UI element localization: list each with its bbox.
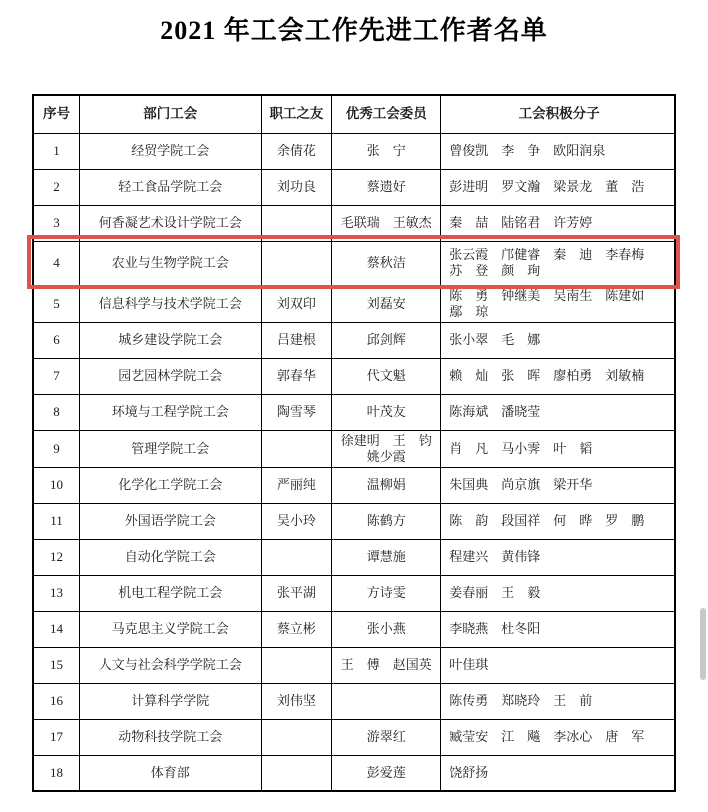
cell-member: 刘磊安 bbox=[332, 285, 441, 322]
header-cell-activists: 工会积极分子 bbox=[441, 95, 675, 133]
table-header-row: 序号 部门工会 职工之友 优秀工会委员 工会积极分子 bbox=[33, 95, 675, 133]
cell-member: 谭慧施 bbox=[332, 539, 441, 575]
cell-no: 10 bbox=[33, 467, 79, 503]
cell-friend bbox=[261, 430, 332, 467]
cell-activists: 张云霞 邝健睿 秦 迪 李春梅 苏 登 颜 珣 bbox=[441, 241, 675, 285]
cell-no: 4 bbox=[33, 241, 79, 285]
cell-union: 体育部 bbox=[79, 755, 261, 791]
cell-member: 代文魁 bbox=[332, 358, 441, 394]
table-row: 14马克思主义学院工会蔡立彬张小燕李晓燕 杜冬阳 bbox=[33, 611, 675, 647]
cell-union: 管理学院工会 bbox=[79, 430, 261, 467]
cell-member: 蔡遗好 bbox=[332, 169, 441, 205]
cell-friend: 郭春华 bbox=[261, 358, 332, 394]
cell-friend: 刘双印 bbox=[261, 285, 332, 322]
cell-no: 9 bbox=[33, 430, 79, 467]
cell-friend: 余倩花 bbox=[261, 133, 332, 169]
cell-no: 2 bbox=[33, 169, 79, 205]
cell-friend bbox=[261, 755, 332, 791]
cell-friend: 吕建根 bbox=[261, 322, 332, 358]
cell-no: 16 bbox=[33, 683, 79, 719]
cell-friend bbox=[261, 719, 332, 755]
table-row: 18体育部彭爱莲饶舒扬 bbox=[33, 755, 675, 791]
cell-friend: 蔡立彬 bbox=[261, 611, 332, 647]
cell-activists: 肖 凡 马小霁 叶 韬 bbox=[441, 430, 675, 467]
cell-member: 张 宁 bbox=[332, 133, 441, 169]
cell-friend: 严丽纯 bbox=[261, 467, 332, 503]
cell-activists: 朱国典 尚京旗 梁开华 bbox=[441, 467, 675, 503]
cell-activists: 李晓燕 杜冬阳 bbox=[441, 611, 675, 647]
cell-activists: 臧莹安 江 飚 李冰心 唐 军 bbox=[441, 719, 675, 755]
cell-activists: 彭进明 罗文瀚 梁景龙 董 浩 bbox=[441, 169, 675, 205]
cell-union: 化学化工学院工会 bbox=[79, 467, 261, 503]
header-cell-friend: 职工之友 bbox=[261, 95, 332, 133]
cell-member: 徐建明 王 钧 姚少霞 bbox=[332, 430, 441, 467]
cell-union: 园艺园林学院工会 bbox=[79, 358, 261, 394]
cell-union: 环境与工程学院工会 bbox=[79, 394, 261, 430]
cell-union: 经贸学院工会 bbox=[79, 133, 261, 169]
cell-no: 17 bbox=[33, 719, 79, 755]
cell-union: 何香凝艺术设计学院工会 bbox=[79, 205, 261, 241]
cell-member: 游翠红 bbox=[332, 719, 441, 755]
table-container: 序号 部门工会 职工之友 优秀工会委员 工会积极分子 1经贸学院工会余倩花张 宁… bbox=[32, 94, 676, 792]
table-body: 1经贸学院工会余倩花张 宁曾俊凯 李 争 欧阳润泉2轻工食品学院工会刘功良蔡遗好… bbox=[33, 133, 675, 791]
cell-friend: 陶雪琴 bbox=[261, 394, 332, 430]
cell-union: 农业与生物学院工会 bbox=[79, 241, 261, 285]
table-row: 1经贸学院工会余倩花张 宁曾俊凯 李 争 欧阳润泉 bbox=[33, 133, 675, 169]
cell-friend bbox=[261, 241, 332, 285]
cell-member: 陈鹤方 bbox=[332, 503, 441, 539]
header-cell-no: 序号 bbox=[33, 95, 79, 133]
cell-friend: 吴小玲 bbox=[261, 503, 332, 539]
cell-activists: 陈传勇 郑晓玲 王 前 bbox=[441, 683, 675, 719]
cell-member bbox=[332, 683, 441, 719]
cell-member: 温柳娟 bbox=[332, 467, 441, 503]
cell-member: 彭爱莲 bbox=[332, 755, 441, 791]
cell-friend bbox=[261, 647, 332, 683]
cell-no: 6 bbox=[33, 322, 79, 358]
cell-activists: 程建兴 黄伟锋 bbox=[441, 539, 675, 575]
cell-activists: 姜春丽 王 毅 bbox=[441, 575, 675, 611]
table-row: 5信息科学与技术学院工会刘双印刘磊安陈 勇 钟继美 吴南生 陈建如 鄢 琼 bbox=[33, 285, 675, 322]
cell-activists: 饶舒扬 bbox=[441, 755, 675, 791]
cell-member: 张小燕 bbox=[332, 611, 441, 647]
table-row: 16计算科学学院刘伟坚陈传勇 郑晓玲 王 前 bbox=[33, 683, 675, 719]
cell-friend bbox=[261, 539, 332, 575]
table-row: 7园艺园林学院工会郭春华代文魁赖 灿 张 晖 廖柏勇 刘敏楠 bbox=[33, 358, 675, 394]
awards-table: 序号 部门工会 职工之友 优秀工会委员 工会积极分子 1经贸学院工会余倩花张 宁… bbox=[32, 94, 676, 792]
header-cell-union: 部门工会 bbox=[79, 95, 261, 133]
cell-union: 自动化学院工会 bbox=[79, 539, 261, 575]
cell-union: 动物科技学院工会 bbox=[79, 719, 261, 755]
table-row: 12自动化学院工会谭慧施程建兴 黄伟锋 bbox=[33, 539, 675, 575]
table-row: 2轻工食品学院工会刘功良蔡遗好彭进明 罗文瀚 梁景龙 董 浩 bbox=[33, 169, 675, 205]
cell-no: 12 bbox=[33, 539, 79, 575]
table-row: 8环境与工程学院工会陶雪琴叶茂友陈海斌 潘晓莹 bbox=[33, 394, 675, 430]
cell-no: 5 bbox=[33, 285, 79, 322]
cell-no: 15 bbox=[33, 647, 79, 683]
cell-friend: 刘伟坚 bbox=[261, 683, 332, 719]
cell-union: 外国语学院工会 bbox=[79, 503, 261, 539]
cell-no: 3 bbox=[33, 205, 79, 241]
table-row: 3何香凝艺术设计学院工会毛联瑞 王敏杰秦 喆 陆铭君 许芳婷 bbox=[33, 205, 675, 241]
cell-no: 8 bbox=[33, 394, 79, 430]
cell-union: 机电工程学院工会 bbox=[79, 575, 261, 611]
cell-union: 城乡建设学院工会 bbox=[79, 322, 261, 358]
cell-union: 马克思主义学院工会 bbox=[79, 611, 261, 647]
cell-activists: 赖 灿 张 晖 廖柏勇 刘敏楠 bbox=[441, 358, 675, 394]
cell-friend: 张平湖 bbox=[261, 575, 332, 611]
table-row: 11外国语学院工会吴小玲陈鹤方陈 韵 段国祥 何 晔 罗 鹏 bbox=[33, 503, 675, 539]
header-cell-member: 优秀工会委员 bbox=[332, 95, 441, 133]
cell-member: 蔡秋洁 bbox=[332, 241, 441, 285]
cell-activists: 陈海斌 潘晓莹 bbox=[441, 394, 675, 430]
table-row: 10化学化工学院工会严丽纯温柳娟朱国典 尚京旗 梁开华 bbox=[33, 467, 675, 503]
cell-member: 毛联瑞 王敏杰 bbox=[332, 205, 441, 241]
cell-union: 轻工食品学院工会 bbox=[79, 169, 261, 205]
cell-no: 18 bbox=[33, 755, 79, 791]
cell-union: 计算科学学院 bbox=[79, 683, 261, 719]
cell-activists: 曾俊凯 李 争 欧阳润泉 bbox=[441, 133, 675, 169]
cell-activists: 陈 勇 钟继美 吴南生 陈建如 鄢 琼 bbox=[441, 285, 675, 322]
cell-member: 叶茂友 bbox=[332, 394, 441, 430]
table-row: 9管理学院工会徐建明 王 钧 姚少霞肖 凡 马小霁 叶 韬 bbox=[33, 430, 675, 467]
cell-union: 人文与社会科学学院工会 bbox=[79, 647, 261, 683]
cell-friend: 刘功良 bbox=[261, 169, 332, 205]
cell-no: 1 bbox=[33, 133, 79, 169]
table-row: 13机电工程学院工会张平湖方诗雯姜春丽 王 毅 bbox=[33, 575, 675, 611]
cell-member: 王 傅 赵国英 bbox=[332, 647, 441, 683]
cell-member: 邱剑辉 bbox=[332, 322, 441, 358]
cell-no: 7 bbox=[33, 358, 79, 394]
cell-no: 13 bbox=[33, 575, 79, 611]
cell-activists: 叶佳琪 bbox=[441, 647, 675, 683]
cell-union: 信息科学与技术学院工会 bbox=[79, 285, 261, 322]
table-row: 15人文与社会科学学院工会王 傅 赵国英叶佳琪 bbox=[33, 647, 675, 683]
page-title: 2021 年工会工作先进工作者名单 bbox=[0, 10, 708, 47]
cell-no: 11 bbox=[33, 503, 79, 539]
table-row: 4农业与生物学院工会蔡秋洁张云霞 邝健睿 秦 迪 李春梅 苏 登 颜 珣 bbox=[33, 241, 675, 285]
table-row: 17动物科技学院工会游翠红臧莹安 江 飚 李冰心 唐 军 bbox=[33, 719, 675, 755]
cell-activists: 秦 喆 陆铭君 许芳婷 bbox=[441, 205, 675, 241]
cell-friend bbox=[261, 205, 332, 241]
cell-member: 方诗雯 bbox=[332, 575, 441, 611]
scrollbar-thumb[interactable] bbox=[700, 608, 706, 680]
table-row: 6城乡建设学院工会吕建根邱剑辉张小翠 毛 娜 bbox=[33, 322, 675, 358]
cell-activists: 陈 韵 段国祥 何 晔 罗 鹏 bbox=[441, 503, 675, 539]
cell-no: 14 bbox=[33, 611, 79, 647]
cell-activists: 张小翠 毛 娜 bbox=[441, 322, 675, 358]
